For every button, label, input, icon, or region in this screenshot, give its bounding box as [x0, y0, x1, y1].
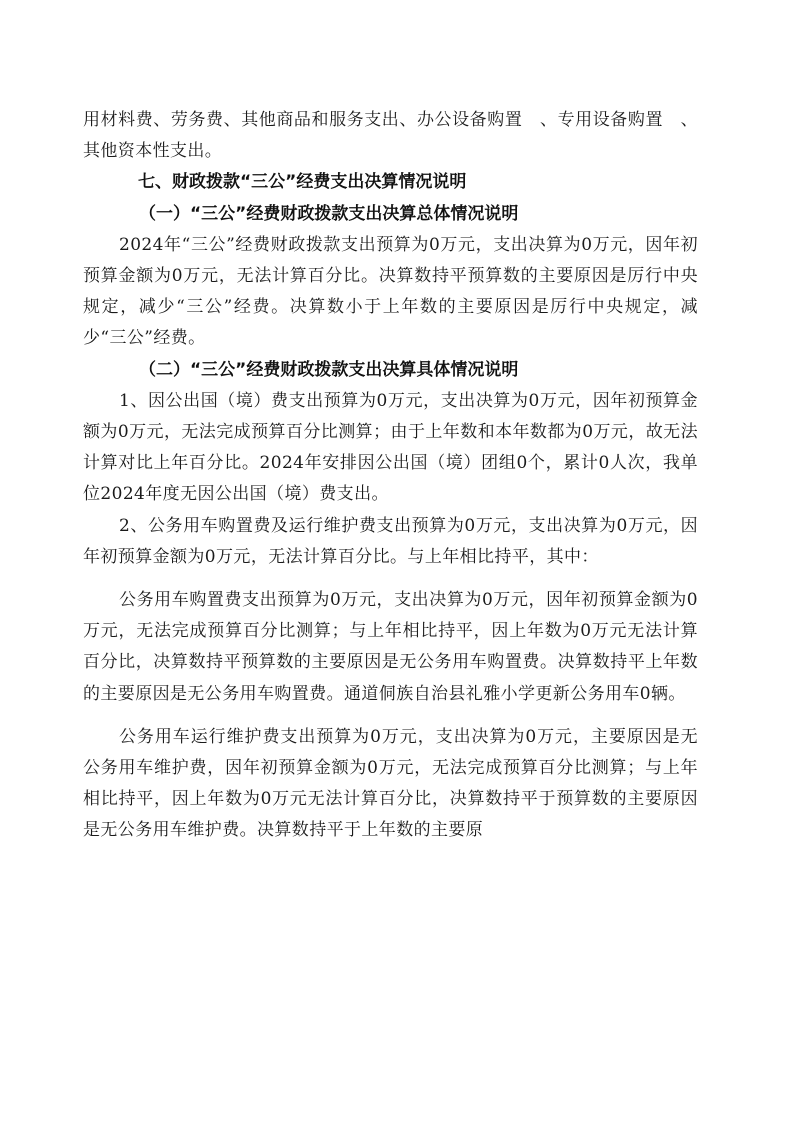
subsection-heading-overall: （一）“三公”经费财政拨款支出决算总体情况说明 [83, 199, 698, 230]
paragraph-overseas-travel: 1、因公出国（境）费支出预算为0万元，支出决算为0万元，因年初预算金额为0万元，… [83, 386, 698, 511]
paragraph-overall: 2024年“三公”经费财政拨款支出预算为0万元，支出决算为0万元，因年初预算金额… [83, 230, 698, 355]
section-heading-seven: 七、财政拨款“三公”经费支出决算情况说明 [83, 167, 698, 198]
paragraph-expense-list: 用材料费、劳务费、其他商品和服务支出、办公设备购置 、专用设备购置 、其他资本性… [83, 105, 698, 167]
paragraph-vehicle-maintenance: 公务用车运行维护费支出预算为0万元，支出决算为0万元，主要原因是无公务用车维护费… [83, 722, 698, 847]
paragraph-vehicle-total: 2、公务用车购置费及运行维护费支出预算为0万元，支出决算为0万元，因年初预算金额… [83, 511, 698, 573]
subsection-heading-detail: （二）“三公”经费财政拨款支出决算具体情况说明 [83, 355, 698, 386]
document-page: 用材料费、劳务费、其他商品和服务支出、办公设备购置 、专用设备购置 、其他资本性… [83, 105, 698, 847]
paragraph-vehicle-purchase: 公务用车购置费支出预算为0万元，支出决算为0万元，因年初预算金额为0万元，无法完… [83, 585, 698, 710]
